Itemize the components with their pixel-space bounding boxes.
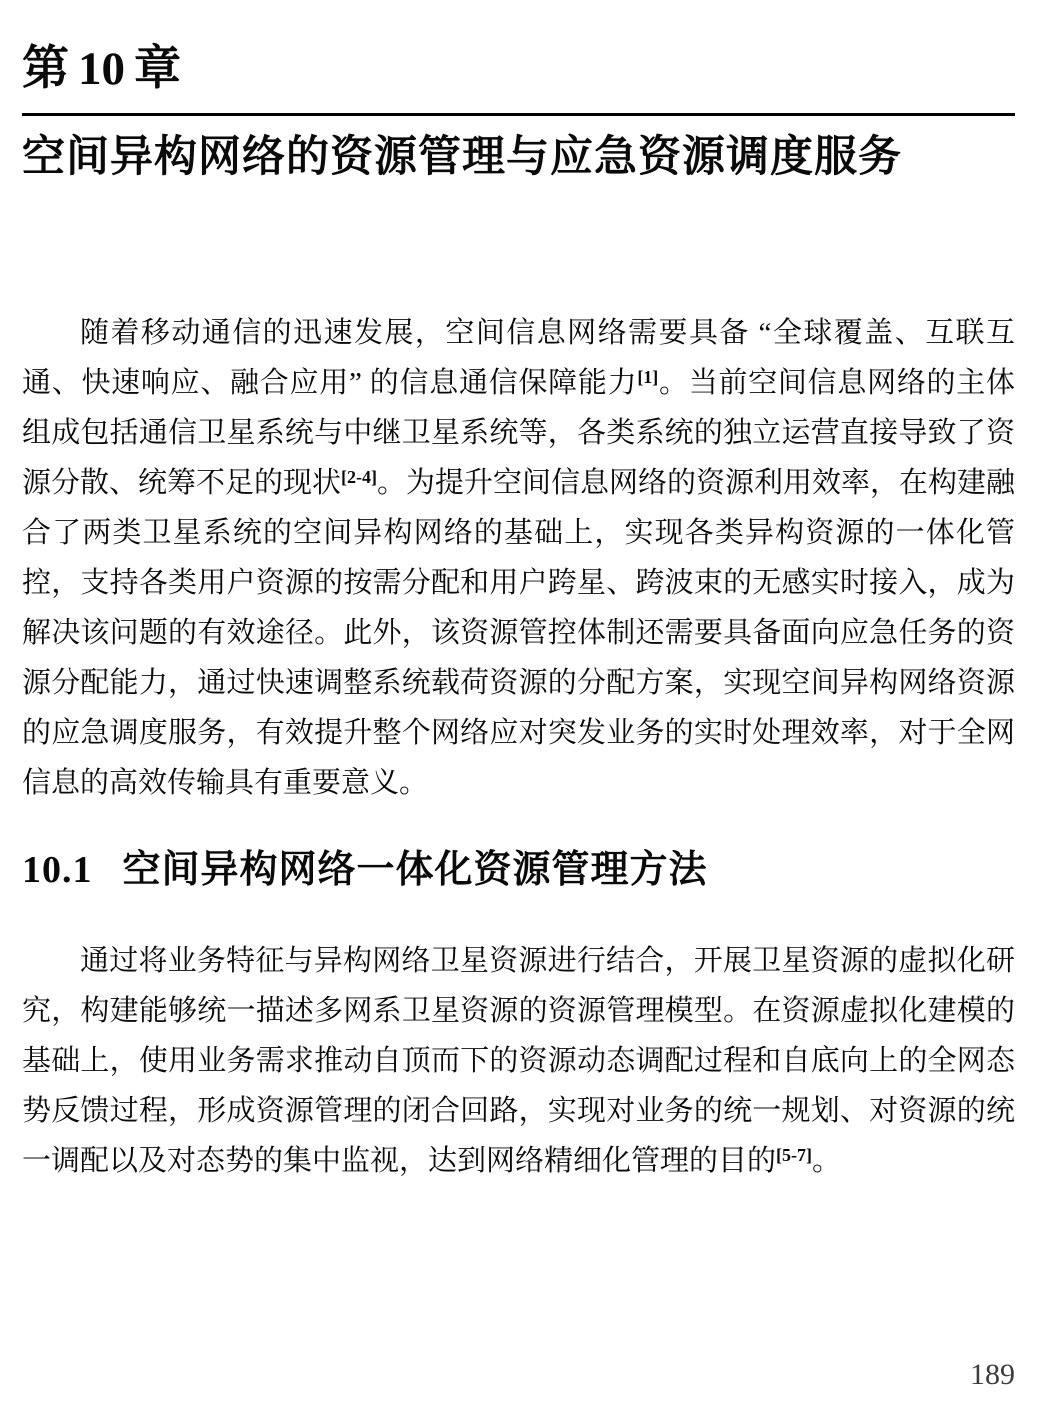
citation-marker-2-4: [2-4] — [341, 467, 377, 487]
paragraph-intro: 随着移动通信的迅速发展，空间信息网络需要具备 “全球覆盖、互联互通、快速响应、融… — [22, 308, 1015, 808]
paragraph-section-intro: 通过将业务特征与异构网络卫星资源进行结合，开展卫星资源的虚拟化研究，构建能够统一… — [22, 936, 1015, 1186]
chapter-label: 第10章 — [22, 44, 181, 96]
citation-marker-1: [1] — [637, 367, 658, 387]
page-number: 189 — [970, 1357, 1015, 1393]
chapter-label-suffix: 章 — [134, 43, 181, 95]
chapter-title: 空间异构网络的资源管理与应急资源调度服务 — [22, 131, 1015, 185]
chapter-divider-rule — [22, 113, 1015, 116]
book-page: 第10章 空间异构网络的资源管理与应急资源调度服务 随着移动通信的迅速发展，空间… — [0, 0, 1037, 1409]
section-number: 10.1 — [22, 849, 93, 891]
paragraph-text-segment: 。为提升空间信息网络的资源利用效率，在构建融合了两类卫星系统的空间异构网络的基础… — [22, 467, 1015, 799]
chapter-label-prefix: 第 — [22, 43, 69, 95]
section-title: 空间异构网络一体化资源管理方法 — [123, 849, 708, 891]
paragraph-text-segment: 。 — [812, 1145, 841, 1177]
citation-marker-5-7: [5-7] — [776, 1145, 812, 1165]
section-heading-10-1: 10.1空间异构网络一体化资源管理方法 — [22, 848, 1015, 894]
paragraph-text-segment: 通过将业务特征与异构网络卫星资源进行结合，开展卫星资源的虚拟化研究，构建能够统一… — [22, 945, 1015, 1177]
chapter-number: 10 — [78, 43, 125, 95]
